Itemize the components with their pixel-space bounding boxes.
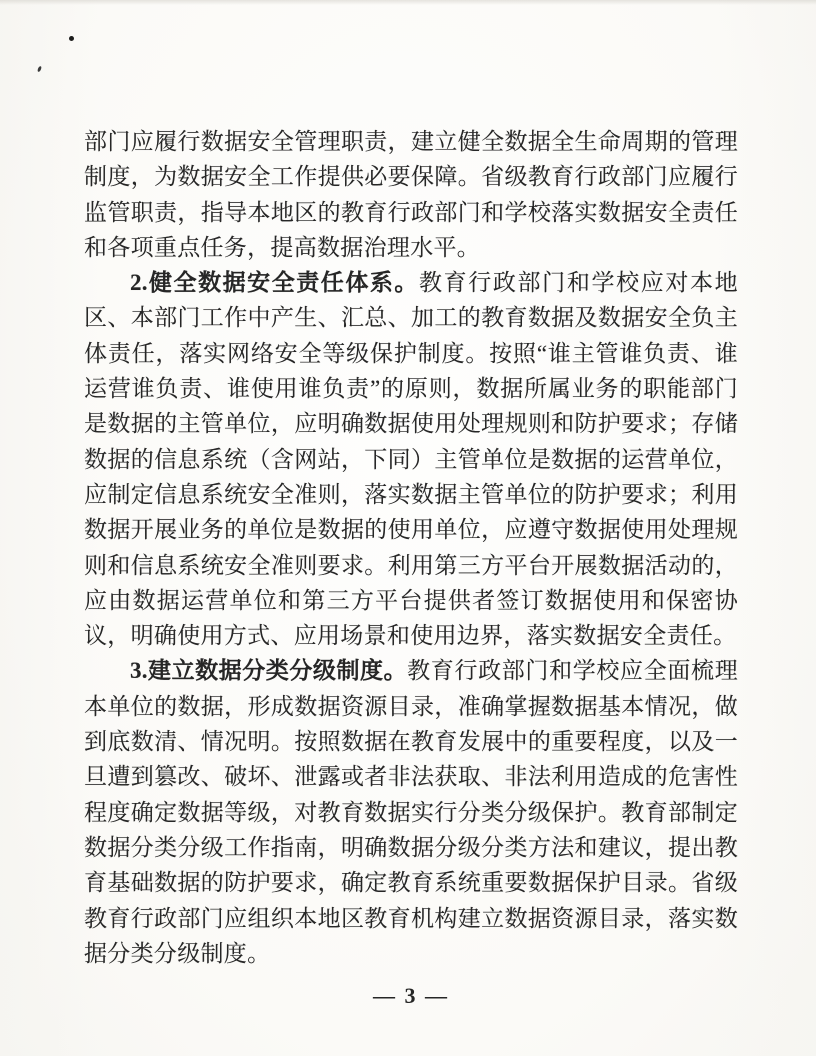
paragraph-continuation: 部门应履行数据安全管理职责，建立健全数据全生命周期的管理制度，为数据安全工作提供… [84,124,738,265]
page-footer: — 3 — [84,983,738,1009]
paragraph-item-3-data-classification: 3.建立数据分类分级制度。教育行政部门和学校应全面梳理本单位的数据，形成数据资源… [84,653,738,971]
paragraph-lead: 2.健全数据安全责任体系。 [130,270,419,295]
paragraph-text: 教育行政部门和学校应对本地区、本部门工作中产生、汇总、加工的教育数据及数据安全负… [84,270,738,648]
paragraph-lead: 3.建立数据分类分级制度。 [130,658,407,683]
scan-speck [69,36,74,41]
paragraph-item-2-data-security-responsibility: 2.健全数据安全责任体系。教育行政部门和学校应对本地区、本部门工作中产生、汇总、… [84,265,738,653]
document-body: 部门应履行数据安全管理职责，建立健全数据全生命周期的管理制度，为数据安全工作提供… [84,124,738,971]
paragraph-text: 教育行政部门和学校应全面梳理本单位的数据，形成数据资源目录，准确掌握数据基本情况… [84,658,738,965]
page-number: — 3 — [373,983,449,1008]
paragraph-text: 部门应履行数据安全管理职责，建立健全数据全生命周期的管理制度，为数据安全工作提供… [84,129,738,260]
